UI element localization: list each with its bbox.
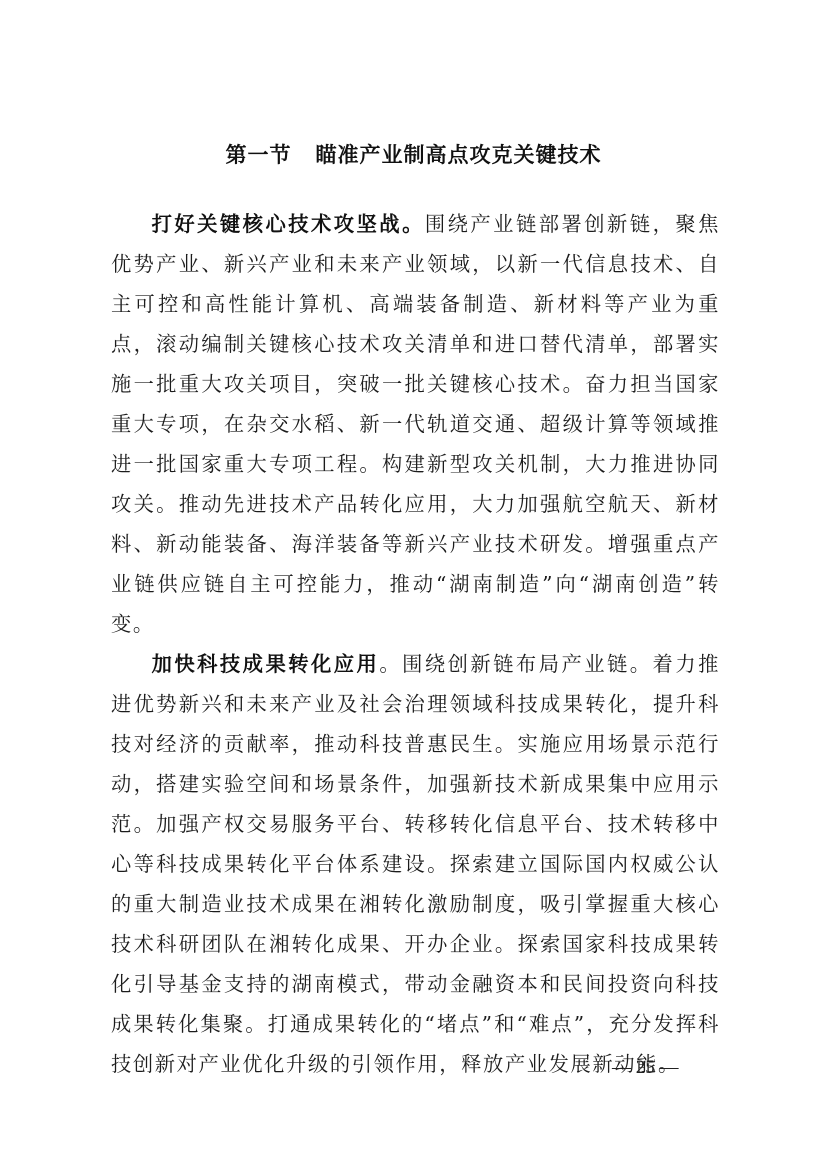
- paragraph-lead-heading: 加快科技成果转化应用: [152, 652, 380, 676]
- page-number: — 25 —: [612, 1054, 679, 1082]
- section-heading: 第一节瞄准产业制高点攻克关键技术: [0, 140, 827, 170]
- paragraph-lead-heading: 打好关键核心技术攻坚战。: [152, 212, 425, 236]
- section-label: 第一节: [226, 142, 292, 167]
- paragraph-tech-transfer: 加快科技成果转化应用。围绕创新链布局产业链。着力推进优势新兴和未来产业及社会治理…: [111, 644, 720, 1084]
- paragraph-body: 。围绕创新链布局产业链。着力推进优势新兴和未来产业及社会治理领域科技成果转化，提…: [111, 652, 720, 1076]
- section-title-text: 瞄准产业制高点攻克关键技术: [316, 142, 602, 167]
- paragraph-body: 围绕产业链部署创新链，聚焦优势产业、新兴产业和未来产业领域，以新一代信息技术、自…: [111, 212, 720, 636]
- document-page: 第一节瞄准产业制高点攻克关键技术 打好关键核心技术攻坚战。围绕产业链部署创新链，…: [0, 0, 827, 1169]
- paragraph-key-technologies: 打好关键核心技术攻坚战。围绕产业链部署创新链，聚焦优势产业、新兴产业和未来产业领…: [111, 204, 720, 644]
- body-text: 打好关键核心技术攻坚战。围绕产业链部署创新链，聚焦优势产业、新兴产业和未来产业领…: [111, 204, 720, 1084]
